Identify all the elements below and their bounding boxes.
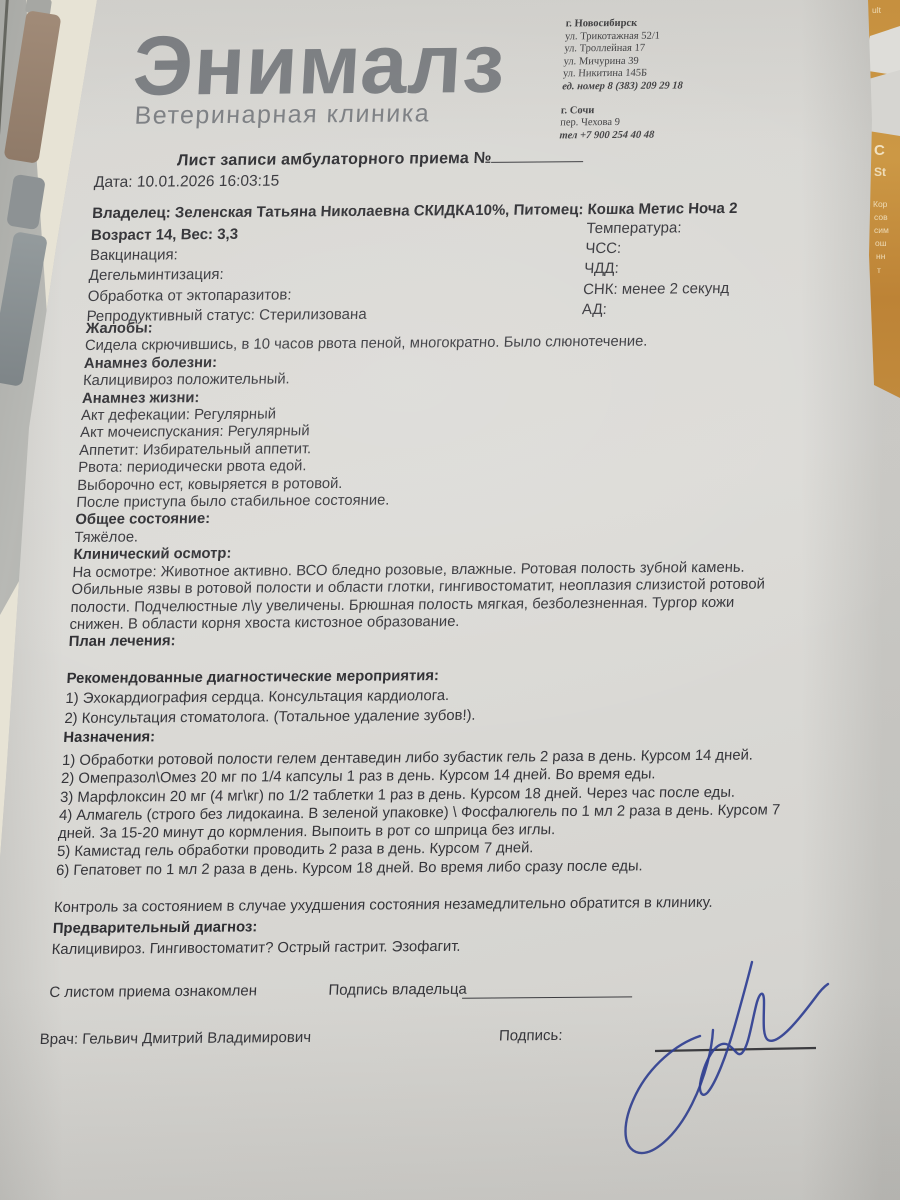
photo-stage: ult ори те йо C St Кор сов сим ош нн т Э…: [0, 0, 900, 1200]
package-text-fragment: т: [877, 266, 881, 275]
doctor-signature: [700, 962, 828, 1095]
document-page: Энималз Ветеринарная клиника г. Новосиби…: [0, 0, 900, 1200]
package-text-fragment: нн: [876, 252, 885, 261]
signature-layer: [0, 0, 900, 1200]
package-text-fragment: сим: [874, 226, 889, 235]
package-text-fragment: сов: [874, 213, 888, 222]
package-text-fragment: ош: [875, 239, 887, 248]
package-text-fragment: St: [874, 168, 886, 177]
package-text-fragment: ult: [872, 6, 881, 15]
package-text-fragment: Кор: [873, 200, 887, 209]
package-text-fragment: C: [874, 146, 885, 155]
